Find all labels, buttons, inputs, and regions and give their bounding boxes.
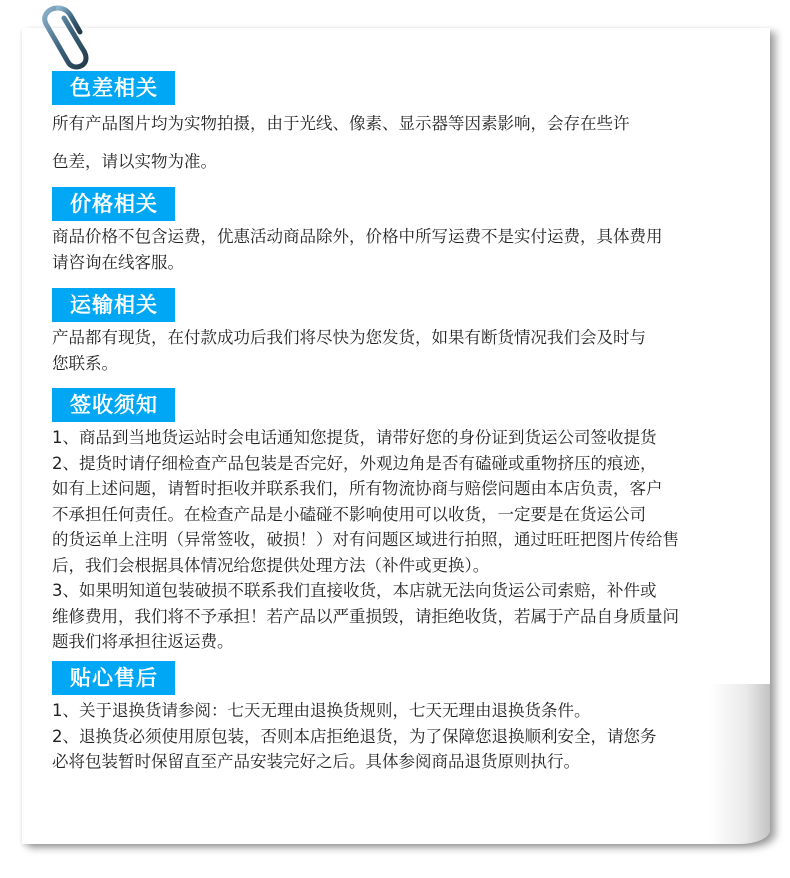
text-line: 如有上述问题，请暂时拒收并联系我们，所有物流协商与赔偿问题由本店负责，客户 [52, 479, 663, 498]
text-line: 题我们将承担往返运费。 [52, 632, 234, 651]
text-line: 1、商品到当地货运站时会电话通知您提货，请带好您的身份证到货运公司签收提货 [52, 428, 657, 447]
text-line: 1、关于退换货请参阅：七天无理由退换货规则，七天无理由退换货条件。 [52, 701, 591, 720]
text-line: 3、如果明知道包装破损不联系我们直接收货，本店就无法向货运公司索赔，补件或 [52, 581, 657, 600]
section-heading: 贴心售后 [52, 661, 175, 695]
section-heading: 价格相关 [52, 187, 175, 221]
section-receipt-notice: 签收须知 1、商品到当地货运站时会电话通知您提货，请带好您的身份证到货运公司签收… [52, 388, 772, 655]
section-text: 所有产品图片均为实物拍摄，由于光线、像素、显示器等因素影响，会存在些许 [52, 111, 772, 137]
section-heading: 色差相关 [52, 71, 175, 105]
section-shipping: 运输相关 产品都有现货，在付款成功后我们将尽快为您发货，如果有断货情况我们会及时… [52, 288, 772, 376]
text-line: 维修费用，我们将不予承担！若产品以严重损毁，请拒绝收货，若属于产品自身质量问 [52, 607, 679, 626]
section-price: 价格相关 商品价格不包含运费，优惠活动商品除外，价格中所写运费不是实付运费，具体… [52, 187, 772, 275]
text-line: 后，我们会根据具体情况给您提供处理方法（补件或更换）。 [52, 556, 489, 575]
section-heading: 签收须知 [52, 388, 175, 422]
section-text: 色差，请以实物为准。 [52, 149, 772, 175]
text-line: 商品价格不包含运费，优惠活动商品除外，价格中所写运费不是实付运费，具体费用 [52, 227, 663, 246]
section-text: 商品价格不包含运费，优惠活动商品除外，价格中所写运费不是实付运费，具体费用 请咨… [52, 224, 772, 275]
section-text: 产品都有现货，在付款成功后我们将尽快为您发货，如果有断货情况我们会及时与 您联系… [52, 325, 772, 376]
text-line: 的货运单上注明（异常签收，破损！）对有问题区域进行拍照，通过旺旺把图片传给售 [52, 530, 679, 549]
text-line: 2、提货时请仔细检查产品包装是否完好，外观边角是否有磕碰或重物挤压的痕迹， [52, 454, 657, 473]
section-text: 1、关于退换货请参阅：七天无理由退换货规则，七天无理由退换货条件。 2、退换货必… [52, 698, 772, 775]
text-line: 请咨询在线客服。 [52, 253, 184, 272]
text-line: 不承担任何责任。在检查产品是小磕碰不影响使用可以收货，一定要是在货运公司 [52, 505, 646, 524]
text-line: 您联系。 [52, 354, 118, 373]
section-after-sales: 贴心售后 1、关于退换货请参阅：七天无理由退换货规则，七天无理由退换货条件。 2… [52, 661, 772, 775]
section-heading: 运输相关 [52, 288, 175, 322]
section-color-difference: 色差相关 所有产品图片均为实物拍摄，由于光线、像素、显示器等因素影响，会存在些许… [52, 71, 772, 174]
text-line: 产品都有现货，在付款成功后我们将尽快为您发货，如果有断货情况我们会及时与 [52, 328, 646, 347]
section-text: 1、商品到当地货运站时会电话通知您提货，请带好您的身份证到货运公司签收提货 2、… [52, 425, 772, 655]
text-line: 必将包装暂时保留直至产品安装完好之后。具体参阅商品退货原则执行。 [52, 752, 580, 771]
text-line: 色差，请以实物为准。 [52, 152, 217, 171]
text-line: 2、退换货必须使用原包装，否则本店拒绝退货，为了保障您退换顺利安全，请您务 [52, 727, 657, 746]
text-line: 所有产品图片均为实物拍摄，由于光线、像素、显示器等因素影响，会存在些许 [52, 114, 630, 133]
paperclip-icon [30, 4, 100, 74]
